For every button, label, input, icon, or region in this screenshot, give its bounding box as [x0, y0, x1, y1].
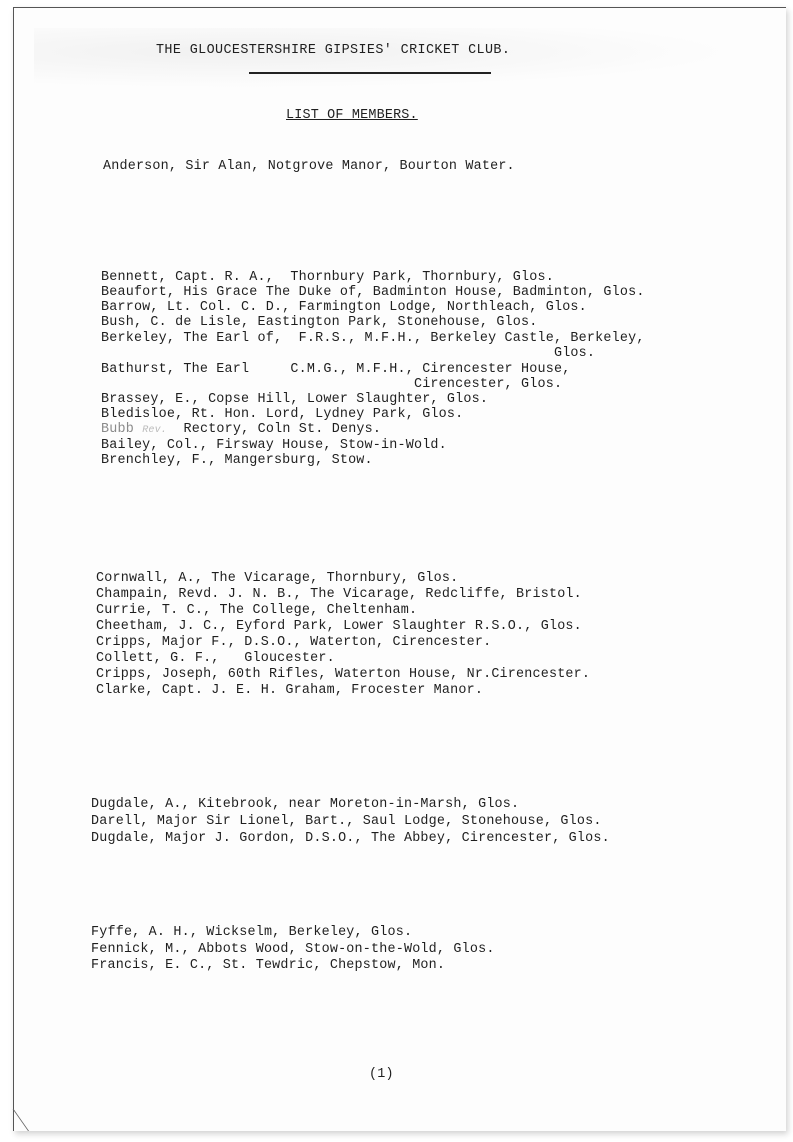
member-entry: Cripps, Joseph, 60th Rifles, Waterton Ho… — [96, 667, 590, 682]
document-page: THE GLOUCESTERSHIRE GIPSIES' CRICKET CLU… — [13, 7, 786, 1131]
member-entry: Brassey, E., Copse Hill, Lower Slaughter… — [101, 392, 488, 407]
member-entry: Cornwall, A., The Vicarage, Thornbury, G… — [96, 571, 458, 586]
member-entry: Darell, Major Sir Lionel, Bart., Saul Lo… — [91, 814, 602, 829]
member-entry: Fennick, M., Abbots Wood, Stow-on-the-Wo… — [91, 942, 495, 957]
member-entry: Dugdale, A., Kitebrook, near Moreton-in-… — [91, 797, 519, 812]
member-entry: Bathurst, The Earl C.M.G., M.F.H., Ciren… — [101, 362, 570, 377]
member-entry: Clarke, Capt. J. E. H. Graham, Frocester… — [96, 683, 483, 698]
member-entry: Beaufort, His Grace The Duke of, Badmint… — [101, 285, 645, 300]
member-entry: Berkeley, The Earl of, F.R.S., M.F.H., B… — [101, 331, 645, 346]
member-entry: Francis, E. C., St. Tewdric, Chepstow, M… — [91, 958, 445, 973]
member-entry: Cheetham, J. C., Eyford Park, Lower Slau… — [96, 619, 582, 634]
handwritten-annotation: Rev. — [142, 425, 167, 436]
member-entry: Brenchley, F., Mangersburg, Stow. — [101, 453, 373, 468]
member-entry: Fyffe, A. H., Wickselm, Berkeley, Glos. — [91, 925, 412, 940]
member-entry: Anderson, Sir Alan, Notgrove Manor, Bour… — [103, 159, 515, 174]
member-entry-continuation: Glos. — [101, 346, 595, 361]
member-address: Rectory, Coln St. Denys. — [167, 422, 381, 437]
member-entry: Bubb Rev. Rectory, Coln St. Denys. — [101, 422, 381, 437]
folded-corner — [0, 1109, 29, 1131]
paper-smudge — [34, 28, 734, 88]
member-entry: Cripps, Major F., D.S.O., Waterton, Cire… — [96, 635, 491, 650]
member-entry: Collett, G. F., Gloucester. — [96, 651, 335, 666]
member-entry: Bennett, Capt. R. A., Thornbury Park, Th… — [101, 270, 554, 285]
document-title: THE GLOUCESTERSHIRE GIPSIES' CRICKET CLU… — [156, 43, 510, 58]
document-subtitle: LIST OF MEMBERS. — [286, 108, 418, 123]
member-entry-continuation: Cirencester, Glos. — [101, 377, 562, 392]
page-number: (1) — [369, 1067, 394, 1082]
member-entry: Dugdale, Major J. Gordon, D.S.O., The Ab… — [91, 831, 610, 846]
member-entry: Barrow, Lt. Col. C. D., Farmington Lodge… — [101, 300, 587, 315]
member-entry: Currie, T. C., The College, Cheltenham. — [96, 603, 417, 618]
member-name: Bubb — [101, 422, 134, 437]
member-entry: Bledisloe, Rt. Hon. Lord, Lydney Park, G… — [101, 407, 463, 422]
member-entry: Bush, C. de Lisle, Eastington Park, Ston… — [101, 315, 538, 330]
member-entry: Champain, Revd. J. N. B., The Vicarage, … — [96, 587, 582, 602]
member-entry: Bailey, Col., Firsway House, Stow-in-Wol… — [101, 438, 447, 453]
title-underline — [249, 72, 491, 74]
